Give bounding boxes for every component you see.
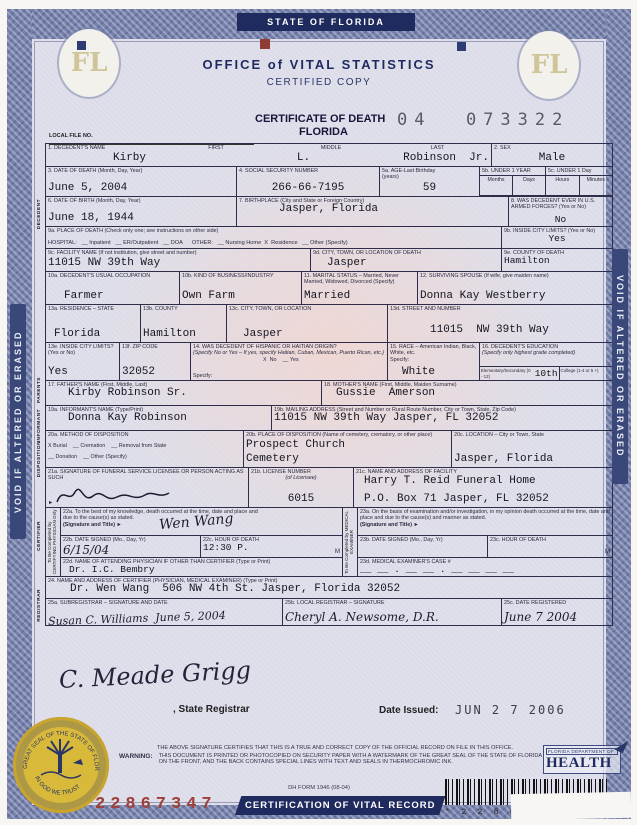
disposition-checkline-1: X Burial __ Cremation __ Removal from St… <box>48 443 241 449</box>
field-birthplace: 7. BIRTHPLACE (City and State or Foreign… <box>237 197 509 226</box>
field-sublabel: College (1-4 or 5 +) <box>561 368 599 373</box>
field-place-of-death: 9a. PLACE OF DEATH (Check only one; see … <box>46 227 502 248</box>
field-value: Prospect Church <box>246 440 449 452</box>
field-label: 10b. KIND OF BUSINESS/INDUSTRY <box>182 273 299 279</box>
months-header: Months <box>480 176 513 195</box>
field-method-of-disposition: 20a. METHOD OF DISPOSITION X Burial __ C… <box>46 431 244 467</box>
field-label: 13e. INSIDE CITY LIMITS?(Yes or No) <box>48 344 117 357</box>
seal-bottom-text: IN GOD WE TRUST <box>33 775 82 796</box>
seal-art: GREAT SEAL OF THE STATE OF FLORIDA IN GO… <box>13 717 109 813</box>
field-value: Dr. Wen Wang 506 NW 4th St. Jasper, Flor… <box>48 584 610 596</box>
state-of-florida-banner: STATE OF FLORIDA <box>237 13 415 31</box>
health-logo-small-text: FLORIDA DEPARTMENT OF <box>546 748 618 755</box>
field-value: White <box>390 367 477 379</box>
field-label: 13a. RESIDENCE – STATE <box>48 306 138 312</box>
scan-corner <box>511 792 632 821</box>
field-value: Harry T. Reid Funeral Home <box>356 476 610 488</box>
field-label: 20a. METHOD OF DISPOSITION <box>48 432 241 438</box>
field-value: Farmer <box>48 291 177 303</box>
field-race: 15. RACE – American Indian, Black, White… <box>388 343 480 380</box>
field-value: Hamilton <box>143 329 224 341</box>
field-value: Own Farm <box>182 291 299 303</box>
funeral-licensee-signature-scribble <box>53 484 173 506</box>
field-value: Kirby <box>48 153 287 165</box>
field-local-registrar-signature: 25b. LOCAL REGISTRAR – SIGNATURE Cheryl … <box>283 599 502 625</box>
field-value: 11015 NW 39th Way Jasper, FL 32052 <box>274 413 610 425</box>
red-square-center <box>260 39 270 49</box>
field-informant-name: 19a. INFORMANT'S NAME (Type/Print) Donna… <box>46 406 272 430</box>
education-college-box: College (1-4 or 5 +) <box>560 367 612 380</box>
field-label: 8. WAS DECEDENT EVER IN U.S. ARMED FORCE… <box>511 198 610 211</box>
field-residence-city: 13c. CITY, TOWN, OR LOCATION Jasper <box>227 305 388 342</box>
meridiem-label: M <box>605 549 610 555</box>
field-value: June 5, 2004 <box>48 183 234 195</box>
field-23a-certification: 23a. On the basis of examination and/or … <box>358 508 612 535</box>
field-industry: 10b. KIND OF BUSINESS/INDUSTRY Own Farm <box>180 272 302 304</box>
field-decedent-name: 1. DECEDENT'S NAME FIRST MIDDLE LAST Kir… <box>46 144 492 166</box>
warning-label: WARNING: <box>119 753 153 765</box>
certificate-title: CERTIFICATE OF DEATH <box>255 113 385 125</box>
field-subregistrar-signature: 25a. SUBREGISTRAR – SIGNATURE AND DATE S… <box>46 599 283 625</box>
field-marital-status: 11. MARITAL STATUS – Married, Never Marr… <box>302 272 418 304</box>
field-value: Robinson Jr. <box>403 153 489 165</box>
strip-label: To Be Completed by CERTIFYING PHYSICIAN … <box>48 508 58 576</box>
field-value: Dr. I.C. Bembry <box>63 565 340 575</box>
document-number: 22867347 <box>95 795 217 814</box>
field-value: Jasper, Florida <box>239 204 506 216</box>
field-label: 12. SURVIVING SPOUSE (If wife, give maid… <box>420 273 610 279</box>
specify-label: Specify: <box>193 373 385 379</box>
field-label: 9a. PLACE OF DEATH (Check only one; see … <box>48 228 499 234</box>
field-sublabel: Elementary/Secondary (0 - 12) <box>481 368 533 379</box>
field-ssn: 4. SOCIAL SECURITY NUMBER 266-66-7195 <box>237 167 380 196</box>
warning-text: THIS DOCUMENT IS PRINTED OR PHOTOCOPIED … <box>159 753 551 765</box>
field-facility-name: 9c. FACILITY NAME (If not institution, g… <box>46 249 311 271</box>
days-header: Days <box>513 176 545 195</box>
field-value: __ __ . __ __ . __ __ __ __ <box>360 565 610 575</box>
section-label-decedent: DECEDENT <box>37 199 42 229</box>
certification-line: THE ABOVE SIGNATURE CERTIFIES THAT THIS … <box>119 745 551 751</box>
certificate-number-stamp: 04 073322 <box>397 110 569 130</box>
certifying-physician-strip: To Be Completed by CERTIFYING PHYSICIAN … <box>46 508 61 576</box>
field-residence-state: 13a. RESIDENCE – STATE Florida <box>46 305 141 342</box>
field-inside-city-limits-9b: 9b. INSIDE CITY LIMITS? (Yes or No) Yes <box>502 227 612 248</box>
navy-square-left <box>77 41 86 50</box>
field-value: Jasper, Florida <box>454 454 610 466</box>
field-value: 59 <box>423 183 436 195</box>
field-father-name: 17. FATHER'S NAME (First, Middle, Last) … <box>46 381 322 405</box>
field-value: 11015 NW 39th Way <box>390 325 610 337</box>
field-date-of-birth: 6. DATE OF BIRTH (Month, Day, Year) June… <box>46 197 237 226</box>
field-value: Jasper <box>229 329 385 341</box>
field-label: 23b. DATE SIGNED (Mo., Day, Yr) <box>360 537 485 543</box>
void-strip-right: VOID IF ALTERED OR ERASED <box>612 249 628 484</box>
field-label: 11. MARITAL STATUS – Married, Never Marr… <box>304 273 415 286</box>
field-label: 23a. On the basis of examination and/or … <box>360 509 610 522</box>
warning-block: THE ABOVE SIGNATURE CERTIFIES THAT THIS … <box>119 745 551 765</box>
field-label: 9d. CITY, TOWN, OR LOCATION OF DEATH <box>313 250 499 256</box>
svg-text:GREAT SEAL OF THE STATE OF FLO: GREAT SEAL OF THE STATE OF FLORIDA <box>13 717 99 772</box>
field-value: Married <box>304 291 415 303</box>
field-date-signed-23b: 23b. DATE SIGNED (Mo., Day, Yr) <box>358 536 488 557</box>
field-label: 25b. LOCAL REGISTRAR – SIGNATURE <box>285 600 499 606</box>
field-value: 10th <box>535 369 558 379</box>
svg-text:IN GOD WE TRUST: IN GOD WE TRUST <box>33 775 82 796</box>
field-value: L. <box>287 153 403 165</box>
field-date-signed-22b: 22b. DATE SIGNED (Mo., Day, Yr) 6/15/04 <box>61 536 201 557</box>
strip-label: To Be Completed by MEDICAL EXAMINER <box>345 508 355 576</box>
field-hispanic-origin: 14. WAS DECEDENT OF HISPANIC OR HAITIAN … <box>191 343 388 380</box>
field-value: Male <box>539 153 565 165</box>
field-armed-forces: 8. WAS DECEDENT EVER IN U.S. ARMED FORCE… <box>509 197 612 226</box>
minutes-header: Minutes <box>580 176 613 195</box>
signature-title-label: (Signature and Title) ► <box>360 522 419 528</box>
date-issued-value: JUN 2 7 2006 <box>455 703 566 717</box>
field-certifier-name-address: 24. NAME AND ADDRESS OF CERTIFIER (PHYSI… <box>46 577 612 598</box>
field-mailing-address: 19b. MAILING ADDRESS (Street and Number … <box>272 406 612 430</box>
field-disposition-location: 20c. LOCATION – City or Town, State Jasp… <box>452 431 612 467</box>
field-residence-street: 13d. STREET AND NUMBER 11015 NW 39th Way <box>388 305 612 342</box>
field-inside-city-limits-13e: 13e. INSIDE CITY LIMITS?(Yes or No) Yes <box>46 343 120 380</box>
seal-top-text: GREAT SEAL OF THE STATE OF FLORIDA <box>13 717 99 772</box>
subregistrar-signature: Susan C. Williams June 5, 2004 <box>48 607 280 625</box>
section-label-certifier: CERTIFIER <box>37 521 42 551</box>
specify-label: Specify: <box>390 357 477 363</box>
field-label: 13b. COUNTY <box>143 306 224 312</box>
certificate-state: FLORIDA <box>299 126 348 138</box>
medical-examiner-strip: To Be Completed by MEDICAL EXAMINER <box>343 508 358 576</box>
field-22a-certification: 22a. To the best of my knowledge, death … <box>61 508 342 535</box>
field-sex: 2. SEX Male <box>492 144 612 166</box>
field-label: 15. RACE – American Indian, Black, White… <box>390 344 477 357</box>
field-attending-physician: 22d. NAME OF ATTENDING PHYSICIAN IF OTHE… <box>61 557 342 576</box>
state-registrar-title: , State Registrar <box>173 704 250 715</box>
field-label: 9c. FACILITY NAME (If not institution, g… <box>48 250 308 256</box>
first-header: FIRST <box>156 145 276 151</box>
field-value: Kirby Robinson Sr. <box>48 388 319 400</box>
field-me-case-number: 23d. MEDICAL EXAMINER'S CASE # __ __ . _… <box>358 557 612 576</box>
field-education: 16. DECEDENT'S EDUCATION (Specify only h… <box>480 343 612 380</box>
field-hour-of-death-22c: 22c. HOUR OF DEATH 12:30 P. M <box>201 536 342 557</box>
certification-bar: CERTIFICATION OF VITAL RECORD <box>235 796 446 815</box>
field-occupation: 10a. DECEDENT'S USUAL OCCUPATION Farmer <box>46 272 180 304</box>
local-registrar-signature: Cheryl A. Newsome, D.R. <box>285 610 499 624</box>
hispanic-checkline: X No __ Yes <box>193 357 385 363</box>
field-label: 3. DATE OF DEATH (Month, Day, Year) <box>48 168 234 174</box>
field-value: Donna Kay Robinson <box>48 413 269 425</box>
field-label: 25c. DATE REGISTERED <box>504 600 610 606</box>
field-value: 266-66-7195 <box>272 183 345 195</box>
health-department-logo: FLORIDA DEPARTMENT OF HEALTH <box>543 745 621 774</box>
place-of-death-checkline: HOSPITAL: __ Inpatient __ ER/Outpatient … <box>48 240 499 247</box>
section-label-informant: INFORMANT <box>37 409 42 442</box>
field-label: 13d. STREET AND NUMBER <box>390 306 610 312</box>
field-zip-code: 13f. ZIP CODE 32052 <box>120 343 191 380</box>
field-value: 11015 NW 39th Way <box>48 258 308 270</box>
date-registered-value: June 7 2004 <box>504 610 610 624</box>
field-label: 13f. ZIP CODE <box>122 344 188 350</box>
middle-header: MIDDLE <box>276 145 386 151</box>
field-label: 6. DATE OF BIRTH (Month, Day, Year) <box>48 198 234 204</box>
office-title: OFFICE of VITAL STATISTICS <box>7 57 631 72</box>
field-label: 20c. LOCATION – City or Town, State <box>454 432 610 438</box>
field-value: June 18, 1944 <box>48 213 234 225</box>
field-value: 32052 <box>122 367 188 379</box>
education-elementary-box: Elementary/Secondary (0 - 12) 10th <box>480 367 560 380</box>
field-label: 20b. PLACE OF DISPOSITION (Name of cemet… <box>246 432 449 438</box>
meridiem-label: M <box>335 549 340 555</box>
field-license-number: 21b. LICENSE NUMBER (of Licensee) 6015 <box>249 468 354 507</box>
health-logo-big-text: HEALTH <box>546 755 618 772</box>
field-label: 25a. SUBREGISTRAR – SIGNATURE AND DATE <box>48 600 280 606</box>
field-funeral-facility: 21c. NAME AND ADDRESS OF FACILITY Harry … <box>354 468 612 507</box>
field-value: 6/15/04 <box>63 543 198 557</box>
section-label-parents: PARENTS <box>37 377 42 403</box>
field-value: No <box>555 215 566 225</box>
field-value: Hamilton <box>504 256 610 266</box>
field-date-registered: 25c. DATE REGISTERED June 7 2004 <box>502 599 612 625</box>
field-value: Cemetery <box>246 454 449 466</box>
certificate-form: 1. DECEDENT'S NAME FIRST MIDDLE LAST Kir… <box>45 143 613 626</box>
field-under-1-year: 5b. UNDER 1 YEAR Months Days <box>480 167 546 196</box>
last-header: LAST <box>386 145 489 151</box>
void-strip-left: VOID IF ALTERED OR ERASED <box>10 304 26 539</box>
navy-square-right <box>457 42 466 51</box>
field-sublabel: (Specify only highest grade completed) <box>482 350 610 356</box>
field-residence-county: 13b. COUNTY Hamilton <box>141 305 227 342</box>
field-label: 23c. HOUR OF DEATH <box>490 537 610 543</box>
field-label: 5c. UNDER 1 Day <box>546 167 612 175</box>
field-value: Florida <box>48 329 138 341</box>
field-value: Donna Kay Westberry <box>420 291 610 303</box>
field-label: 2. SEX <box>494 145 610 151</box>
field-label: 5b. UNDER 1 YEAR <box>480 167 545 175</box>
date-issued-label: Date Issued: <box>379 705 438 716</box>
field-funeral-licensee-signature: 21a. SIGNATURE OF FUNERAL SERVICE LICENS… <box>46 468 249 507</box>
field-mother-name: 18. MOTHER'S NAME (First, Middle, Maiden… <box>322 381 612 405</box>
field-city-of-death: 9d. CITY, TOWN, OR LOCATION OF DEATH Jas… <box>311 249 502 271</box>
section-label-disposition: DISPOSITION <box>37 441 42 477</box>
field-under-1-day: 5c. UNDER 1 Day Hours Minutes <box>546 167 612 196</box>
field-label: 4. SOCIAL SECURITY NUMBER <box>239 168 377 174</box>
field-surviving-spouse: 12. SURVIVING SPOUSE (If wife, give maid… <box>418 272 612 304</box>
death-certificate-page: STATE OF FLORIDA FL FL OFFICE of VITAL S… <box>7 9 631 819</box>
field-sublabel: (of Licensee) <box>251 475 351 481</box>
field-label: 21a. SIGNATURE OF FUNERAL SERVICE LICENS… <box>48 469 246 482</box>
field-value: Jasper <box>313 258 499 270</box>
field-place-of-disposition: 20b. PLACE OF DISPOSITION (Name of cemet… <box>244 431 452 467</box>
field-value: Gussie Amerson <box>324 388 610 400</box>
field-age: 5a. AGE-Last Birthday (years) 59 <box>380 167 480 196</box>
field-hour-of-death-23c: 23c. HOUR OF DEATH M <box>488 536 612 557</box>
certified-copy-label: CERTIFIED COPY <box>7 77 631 88</box>
field-value: Yes <box>48 367 117 379</box>
field-value: Yes <box>548 234 565 244</box>
field-value: 6015 <box>288 494 314 506</box>
signature-title-label: (Signature and Title) ► <box>63 522 122 528</box>
disposition-checkline-2: __ Donation __ Other (Specify) <box>48 454 241 460</box>
field-label: 10a. DECEDENT'S USUAL OCCUPATION <box>48 273 177 279</box>
field-label: 1. DECEDENT'S NAME <box>48 145 156 151</box>
field-county-of-death: 9e. COUNTY OF DEATH Hamilton <box>502 249 612 271</box>
field-value: 12:30 P. <box>203 543 340 553</box>
field-sublabel: (years) <box>382 174 477 180</box>
field-label: 13c. CITY, TOWN, OR LOCATION <box>229 306 385 312</box>
state-seal: GREAT SEAL OF THE STATE OF FLORIDA IN GO… <box>13 717 109 813</box>
hours-header: Hours <box>546 176 580 195</box>
field-date-of-death: 3. DATE OF DEATH (Month, Day, Year) June… <box>46 167 237 196</box>
field-value: P.O. Box 71 Jasper, FL 32052 <box>356 494 610 506</box>
section-label-registrar: REGISTRAR <box>37 589 42 622</box>
